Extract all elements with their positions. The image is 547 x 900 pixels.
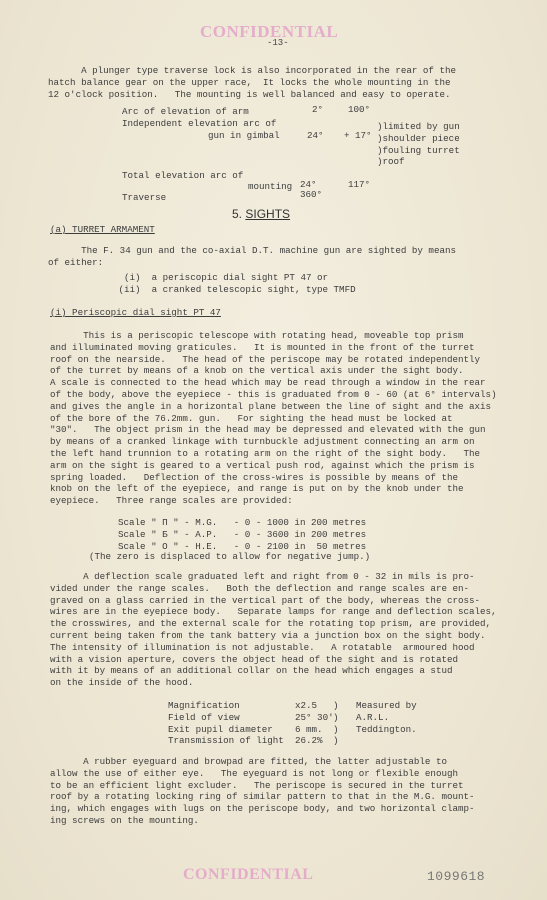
table-row-label: Total elevation arc of bbox=[122, 170, 243, 181]
table-row-min: 24° bbox=[307, 130, 324, 141]
armament-paragraph: The F. 34 gun and the co-axial D.T. mach… bbox=[48, 245, 456, 269]
optics-notes: Measured by A.R.L. Teddington. bbox=[356, 700, 417, 735]
range-scales-note: (The zero is displaced to allow for nega… bbox=[89, 551, 370, 562]
table-row-label: gun in gimbal bbox=[208, 130, 280, 141]
table-row-label: Independent elevation arc of bbox=[122, 118, 276, 129]
table-row-label: Arc of elevation of arm bbox=[122, 106, 249, 117]
document-serial-number: 1099618 bbox=[427, 869, 485, 884]
table-row-min: 2° bbox=[312, 104, 323, 115]
table-row-label: mounting bbox=[248, 181, 292, 192]
subsection-title-turret-armament: (a) TURRET ARMAMENT bbox=[50, 224, 155, 235]
table-row-max: 100° bbox=[348, 104, 370, 115]
optics-values: x2.5 25° 30' 6 mm. 26.2% bbox=[295, 700, 334, 747]
optics-braces: ) ) ) ) bbox=[333, 700, 339, 747]
table-note: )limited by gun )shoulder piece )fouling… bbox=[377, 121, 460, 168]
eyeguard-paragraph: A rubber eyeguard and browpad are fitted… bbox=[50, 756, 475, 827]
periscope-description-paragraph: This is a periscopic telescope with rota… bbox=[50, 330, 497, 507]
range-scales-list: Scale " П " - M.G. - 0 - 1000 in 200 met… bbox=[118, 517, 366, 552]
deflection-paragraph: A deflection scale graduated left and ri… bbox=[50, 571, 497, 689]
confidential-stamp-bottom: CONFIDENTIAL bbox=[183, 866, 313, 884]
optics-labels: Magnification Field of view Exit pupil d… bbox=[168, 700, 284, 747]
table-row-label: Traverse bbox=[122, 192, 166, 203]
table-row-min: 360° bbox=[300, 189, 322, 200]
document-page: CONFIDENTIAL -13- A plunger type travers… bbox=[0, 0, 547, 900]
subsection-title-periscopic-sight: (i) Periscopic dial sight PT 47 bbox=[50, 307, 221, 318]
table-row-max: + 17° bbox=[344, 130, 372, 141]
section-heading: 5. SIGHTS bbox=[232, 207, 290, 221]
sight-options-list: (i) a periscopic dial sight PT 47 or (ii… bbox=[113, 272, 356, 296]
intro-paragraph: A plunger type traverse lock is also inc… bbox=[48, 65, 456, 100]
page-number: -13- bbox=[267, 38, 289, 48]
table-row-max: 117° bbox=[348, 179, 370, 190]
